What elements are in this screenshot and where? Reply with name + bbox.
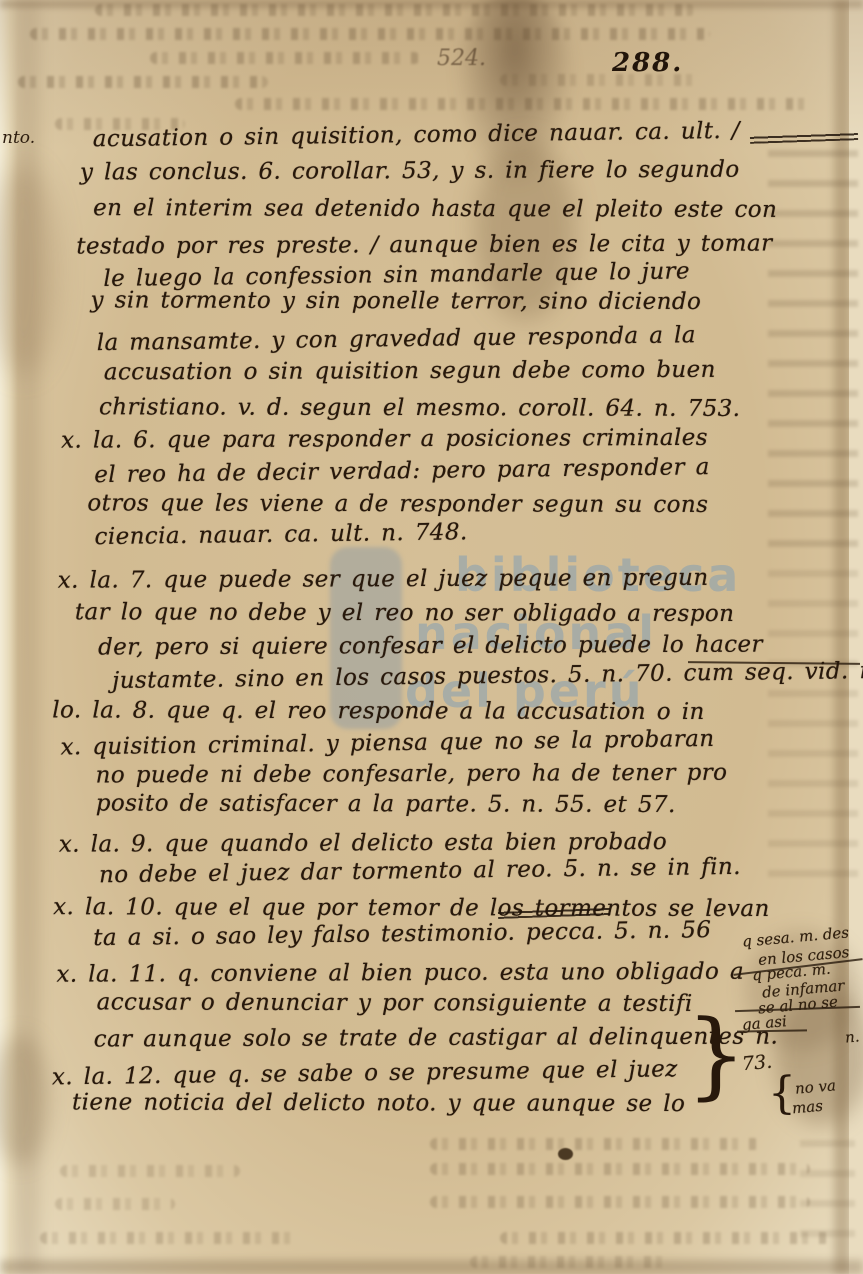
manuscript-line: testado por res preste. / aunque bien es… bbox=[76, 231, 772, 260]
manuscript-line: der, pero si quiere confesar el delicto … bbox=[98, 632, 763, 661]
manuscript-line: tar lo que no debe y el reo no ser oblig… bbox=[75, 599, 735, 627]
manuscript-line: no debe el juez dar tormento al reo. 5. … bbox=[99, 854, 741, 888]
brace-mark: } bbox=[686, 1008, 746, 1103]
brace-mark: { bbox=[768, 1072, 796, 1116]
manuscript-line: ciencia. nauar. ca. ult. n. 748. bbox=[94, 519, 467, 550]
manuscript-line: la mansamte. y con gravedad que responda… bbox=[97, 322, 697, 356]
manuscript-line: posito de satisfacer a la parte. 5. n. 5… bbox=[96, 790, 676, 818]
right-margin-note: mas bbox=[791, 1097, 823, 1118]
manuscript-line: x. la. 7. que puede ser que el juez pequ… bbox=[58, 565, 709, 594]
manuscript-line: y las conclus. 6. corollar. 53, y s. in … bbox=[80, 157, 740, 186]
manuscript-line: acusation o sin quisition, como dice nau… bbox=[93, 118, 740, 152]
manuscript-line: tiene noticia del delicto noto. y que au… bbox=[72, 1089, 685, 1117]
manuscript-line: car aunque solo se trate de castigar al … bbox=[94, 1023, 778, 1052]
right-margin-note: no va bbox=[794, 1076, 836, 1097]
manuscript-line: x. la. 6. que para responder a posicione… bbox=[61, 425, 708, 454]
manuscript-line: lo. la. 8. que q. el reo responde a la a… bbox=[52, 697, 704, 725]
manuscript-line: y sin tormento y sin ponelle terror, sin… bbox=[91, 287, 702, 315]
manuscript-page: { "document": { "folio_number": "288.", … bbox=[0, 0, 863, 1274]
manuscript-line: no puede ni debe confesarle, pero ha de … bbox=[96, 760, 728, 789]
manuscript-line: accusar o denunciar y por consiguiente a… bbox=[97, 989, 693, 1017]
manuscript-line: x. la. 9. que quando el delicto esta bie… bbox=[59, 829, 667, 858]
manuscript-line: x. quisition criminal. y piensa que no s… bbox=[60, 726, 714, 761]
manuscript-line: accusation o sin quisition segun debe co… bbox=[104, 357, 716, 386]
manuscript-line: x. la. 12. que q. se sabe o se presume q… bbox=[52, 1056, 678, 1090]
manuscript-line: ta a si. o sao ley falso testimonio. pec… bbox=[93, 917, 711, 951]
manuscript-line: el reo ha de decir verdad: pero para res… bbox=[94, 454, 710, 488]
manuscript-line: otros que les viene a de responder segun… bbox=[87, 490, 708, 518]
manuscript-line: x. la. 11. q. conviene al bien puco. est… bbox=[56, 959, 744, 988]
manuscript-line: christiano. v. d. segun el mesmo. coroll… bbox=[99, 394, 740, 422]
right-margin-note: n. bbox=[844, 1027, 860, 1046]
manuscript-line: en el interim sea detenido hasta que el … bbox=[93, 195, 777, 223]
